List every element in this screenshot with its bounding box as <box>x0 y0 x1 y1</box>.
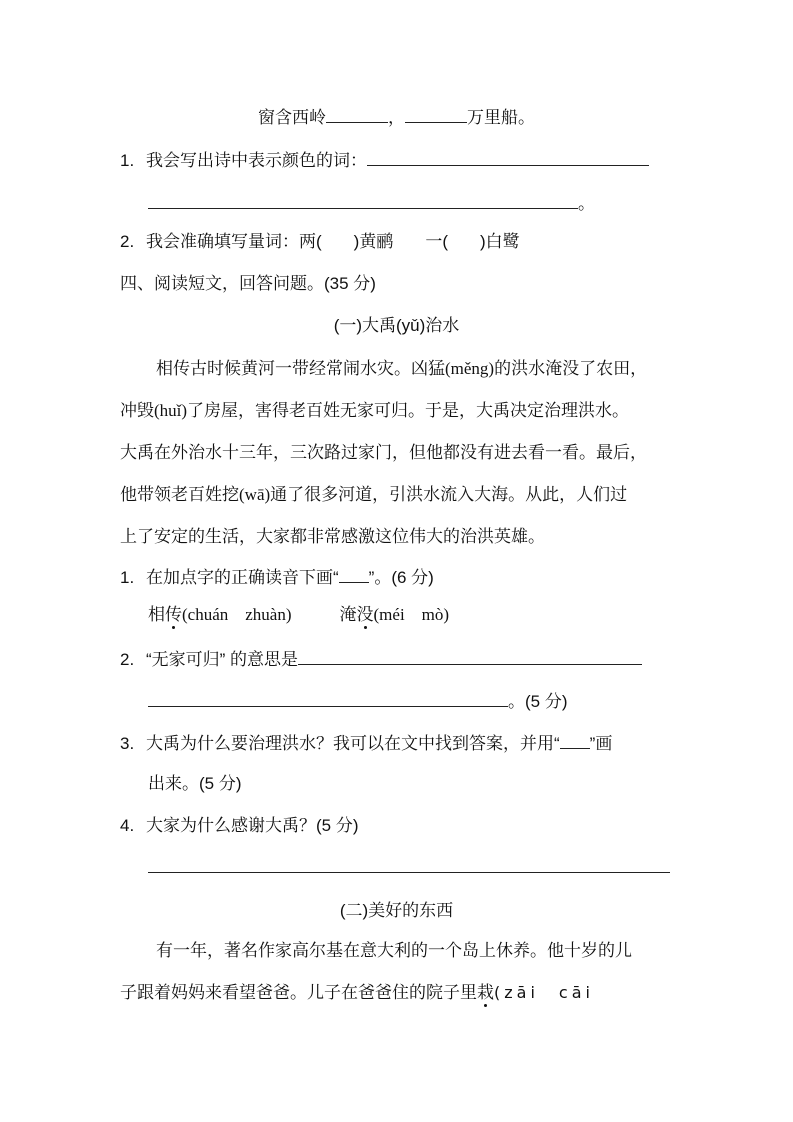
question-text: 我会准确填写量词：两( <box>146 232 322 251</box>
poem-line: 窗含西岭，万里船。 <box>0 106 793 129</box>
passage-2-line: 有一年，著名作家高尔基在意大利的一个岛上休养。他十岁的儿 <box>156 940 632 962</box>
pinyin-choices[interactable]: (chuán zhuàn) <box>182 605 292 624</box>
word-prefix: 淹 <box>340 605 357 624</box>
section-heading-text: 四、阅读短文，回答问题。(35 分) <box>120 274 376 293</box>
poem-question-1: 1.我会写出诗中表示颜色的词： <box>120 149 649 172</box>
passage-1-question-3: 3.大禹为什么要治理洪水？我可以在文中找到答案，并用“”画 <box>120 732 612 755</box>
question-text: 我会写出诗中表示颜色的词： <box>146 151 367 170</box>
answer-line-2[interactable] <box>148 192 578 209</box>
poem-question-2: 2.我会准确填写量词：两()黄鹂一()白鹭 <box>120 231 520 253</box>
question-number: 4. <box>120 815 146 837</box>
pinyin-choices[interactable]: (zāi cāi <box>494 983 594 1002</box>
bird-1: )黄鹂 <box>354 232 394 251</box>
passage-1-line: 冲毁(huǐ)了房屋，害得老百姓无家可归。于是，大禹决定治理洪水。 <box>120 400 629 422</box>
measure-prefix-2: 一( <box>425 232 448 251</box>
question-text: 大禹为什么要治理洪水？我可以在文中找到答案，并用“ <box>146 734 560 753</box>
answer-line-2[interactable] <box>148 690 508 707</box>
question-text: 大家为什么感谢大禹？(5 分) <box>146 816 359 835</box>
question-number: 2. <box>120 649 146 671</box>
passage-2-text: 子跟着妈妈来看望爸爸。儿子在爸爸住的院子里 <box>120 983 477 1002</box>
passage-1-question-1: 1.在加点字的正确读音下画“”。(6 分) <box>120 566 434 589</box>
answer-line-1[interactable] <box>298 648 642 665</box>
pronunciation-options: 相传(chuán zhuàn)淹没(méi mò) <box>148 604 449 626</box>
end-mark: 。 <box>578 194 595 213</box>
question-score: ”。(6 分) <box>369 568 434 587</box>
passage-1-title: (一)大禹(yǔ)治水 <box>0 315 793 337</box>
passage-1-question-2: 2.“无家可归” 的意思是 <box>120 648 642 671</box>
answer-line[interactable] <box>148 856 670 873</box>
passage-1-line: 他带领老百姓挖(wā)通了很多河道，引洪水流入大海。从此，人们过 <box>120 484 627 506</box>
underline-sample <box>339 566 369 583</box>
passage-1-question-4-answer <box>148 856 670 879</box>
question-number: 1. <box>120 150 146 172</box>
pinyin-choices[interactable]: (méi mò) <box>374 605 450 624</box>
bird-2: )白鹭 <box>480 232 520 251</box>
dotted-char: 没 <box>357 605 374 624</box>
dotted-char: 栽 <box>477 983 494 1002</box>
question-score: 。(5 分) <box>508 692 568 711</box>
word-prefix: 相 <box>148 605 165 624</box>
passage-1-line: 上了安定的生活，大家都非常感激这位伟大的治洪英雄。 <box>120 526 545 548</box>
passage-2-line: 子跟着妈妈来看望爸爸。儿子在爸爸住的院子里栽(zāi cāi <box>120 982 594 1004</box>
option-1: 相传(chuán zhuàn) <box>148 605 292 624</box>
passage-1-title-text: (一)大禹(yǔ)治水 <box>334 316 460 335</box>
section-heading: 四、阅读短文，回答问题。(35 分) <box>120 273 376 295</box>
dotted-char: 传 <box>165 605 182 624</box>
passage-2-title: (二)美好的东西 <box>0 900 793 922</box>
option-2: 淹没(méi mò) <box>340 605 450 624</box>
question-number: 3. <box>120 733 146 755</box>
passage-1-question-2-continuation: 。(5 分) <box>148 690 568 713</box>
passage-1-question-3-continuation: 出来。(5 分) <box>148 773 242 795</box>
passage-1-question-4: 4.大家为什么感谢大禹？(5 分) <box>120 815 359 837</box>
poem-prefix: 窗含西岭 <box>258 108 326 128</box>
passage-1-line: 大禹在外治水十三年，三次路过家门，但他都没有进去看一看。最后， <box>120 442 647 464</box>
underline-sample <box>560 732 590 749</box>
question-number: 1. <box>120 567 146 589</box>
passage-2-title-text: (二)美好的东西 <box>340 901 453 920</box>
poem-blank-2[interactable] <box>405 106 467 123</box>
poem-comma: ， <box>388 108 405 128</box>
poem-suffix: 万里船。 <box>467 108 535 128</box>
poem-blank-1[interactable] <box>326 106 388 123</box>
passage-1-line: 相传古时候黄河一带经常闹水灾。凶猛(měng)的洪水淹没了农田， <box>156 358 647 380</box>
question-text: 在加点字的正确读音下画“ <box>146 568 339 587</box>
question-number: 2. <box>120 231 146 253</box>
question-text: “无家可归” 的意思是 <box>146 650 298 669</box>
poem-question-1-continuation: 。 <box>148 192 595 215</box>
answer-line-1[interactable] <box>367 149 649 166</box>
question-text-tail: ”画 <box>590 734 613 753</box>
